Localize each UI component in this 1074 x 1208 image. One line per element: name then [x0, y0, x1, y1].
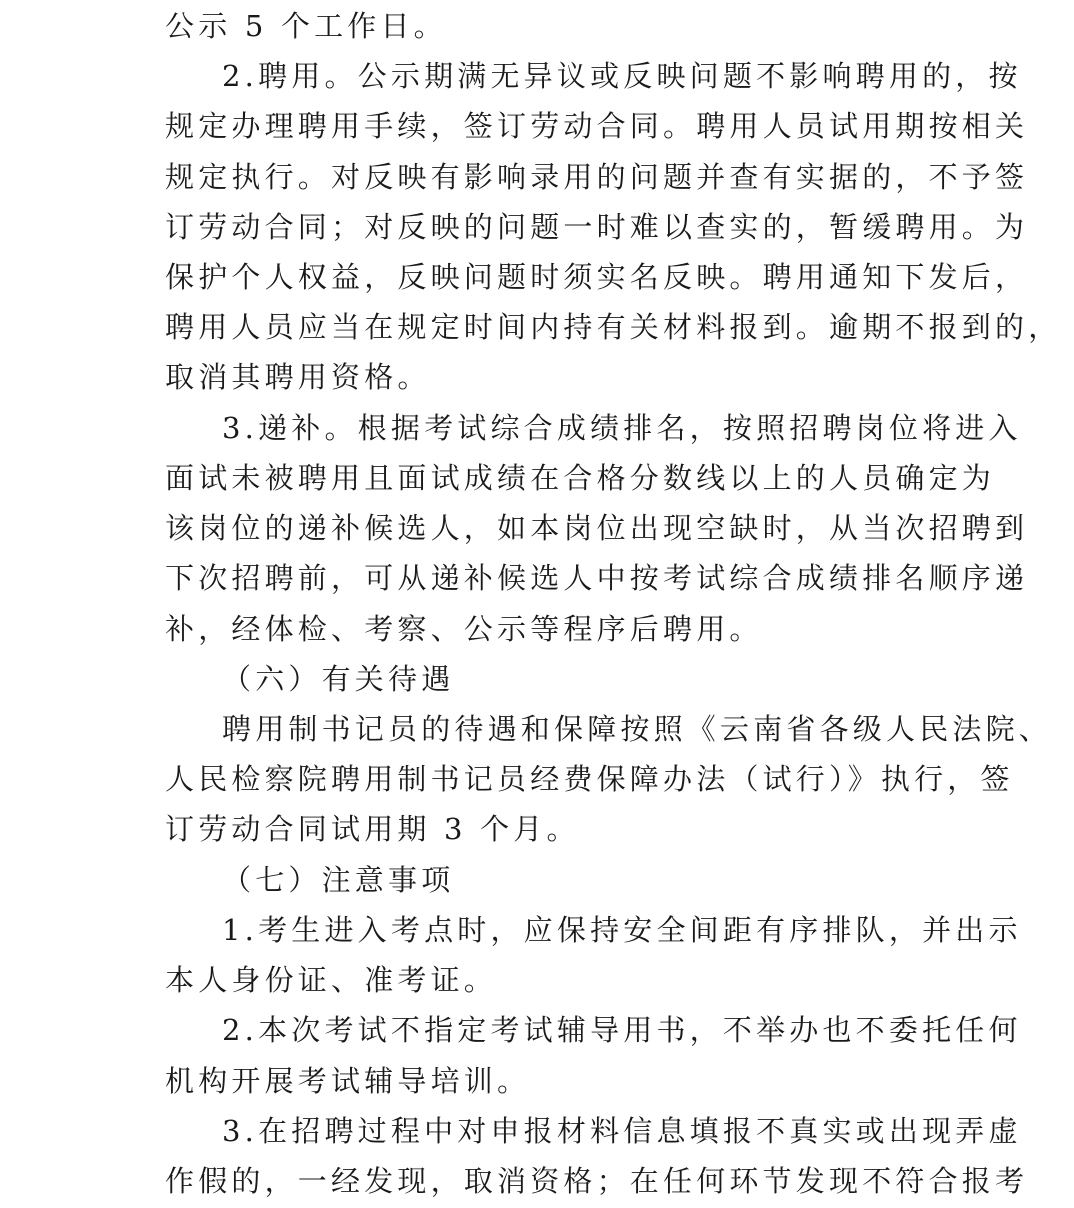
- text-line: 本人身份证、准考证。: [165, 962, 497, 998]
- paragraph-replacement: 3.递补。根据考试综合成绩排名，按照招聘岗位将进入: [222, 410, 1022, 446]
- text-line: 规定办理聘用手续，签订劳动合同。聘用人员试用期按相关: [165, 108, 1028, 144]
- text-line: 订劳动合同；对反映的问题一时难以查实的，暂缓聘用。为: [165, 209, 1028, 245]
- paragraph-note-1: 1.考生进入考点时，应保持安全间距有序排队，并出示: [222, 912, 1022, 948]
- text-line: 面试未被聘用且面试成绩在合格分数线以上的人员确定为: [165, 460, 995, 496]
- section-heading-notes: （七）注意事项: [222, 862, 454, 898]
- text-line-continuation: 公示 5 个工作日。: [165, 8, 447, 44]
- text-line: 订劳动合同试用期 3 个月。: [165, 811, 580, 847]
- document-page: 公示 5 个工作日。 2.聘用。公示期满无异议或反映问题不影响聘用的，按 规定办…: [0, 0, 1074, 1208]
- text-line: 机构开展考试辅导培训。: [165, 1063, 530, 1099]
- text-line: 保护个人权益，反映问题时须实名反映。聘用通知下发后，: [165, 259, 1028, 295]
- text-line: 人民检察院聘用制书记员经费保障办法（试行）》执行，签: [165, 761, 1014, 797]
- text-line: 规定执行。对反映有影响录用的问题并查有实据的，不予签: [165, 159, 1028, 195]
- text-line: 该岗位的递补候选人，如本岗位出现空缺时，从当次招聘到: [165, 510, 1028, 546]
- text-line: 聘用人员应当在规定时间内持有关材料报到。逾期不报到的，: [165, 309, 1061, 345]
- paragraph-hiring: 2.聘用。公示期满无异议或反映问题不影响聘用的，按: [222, 58, 1022, 94]
- paragraph-benefits: 聘用制书记员的待遇和保障按照《云南省各级人民法院、: [222, 711, 1052, 747]
- text-line: 补，经体检、考察、公示等程序后聘用。: [165, 611, 763, 647]
- paragraph-note-3: 3.在招聘过程中对申报材料信息填报不真实或出现弄虚: [222, 1113, 1022, 1149]
- text-line: 下次招聘前，可从递补候选人中按考试综合成绩排名顺序递: [165, 560, 1028, 596]
- section-heading-benefits: （六）有关待遇: [222, 661, 454, 697]
- text-line: 取消其聘用资格。: [165, 359, 431, 395]
- text-line: 作假的，一经发现，取消资格；在任何环节发现不符合报考: [165, 1163, 1028, 1199]
- paragraph-note-2: 2.本次考试不指定考试辅导用书，不举办也不委托任何: [222, 1012, 1022, 1048]
